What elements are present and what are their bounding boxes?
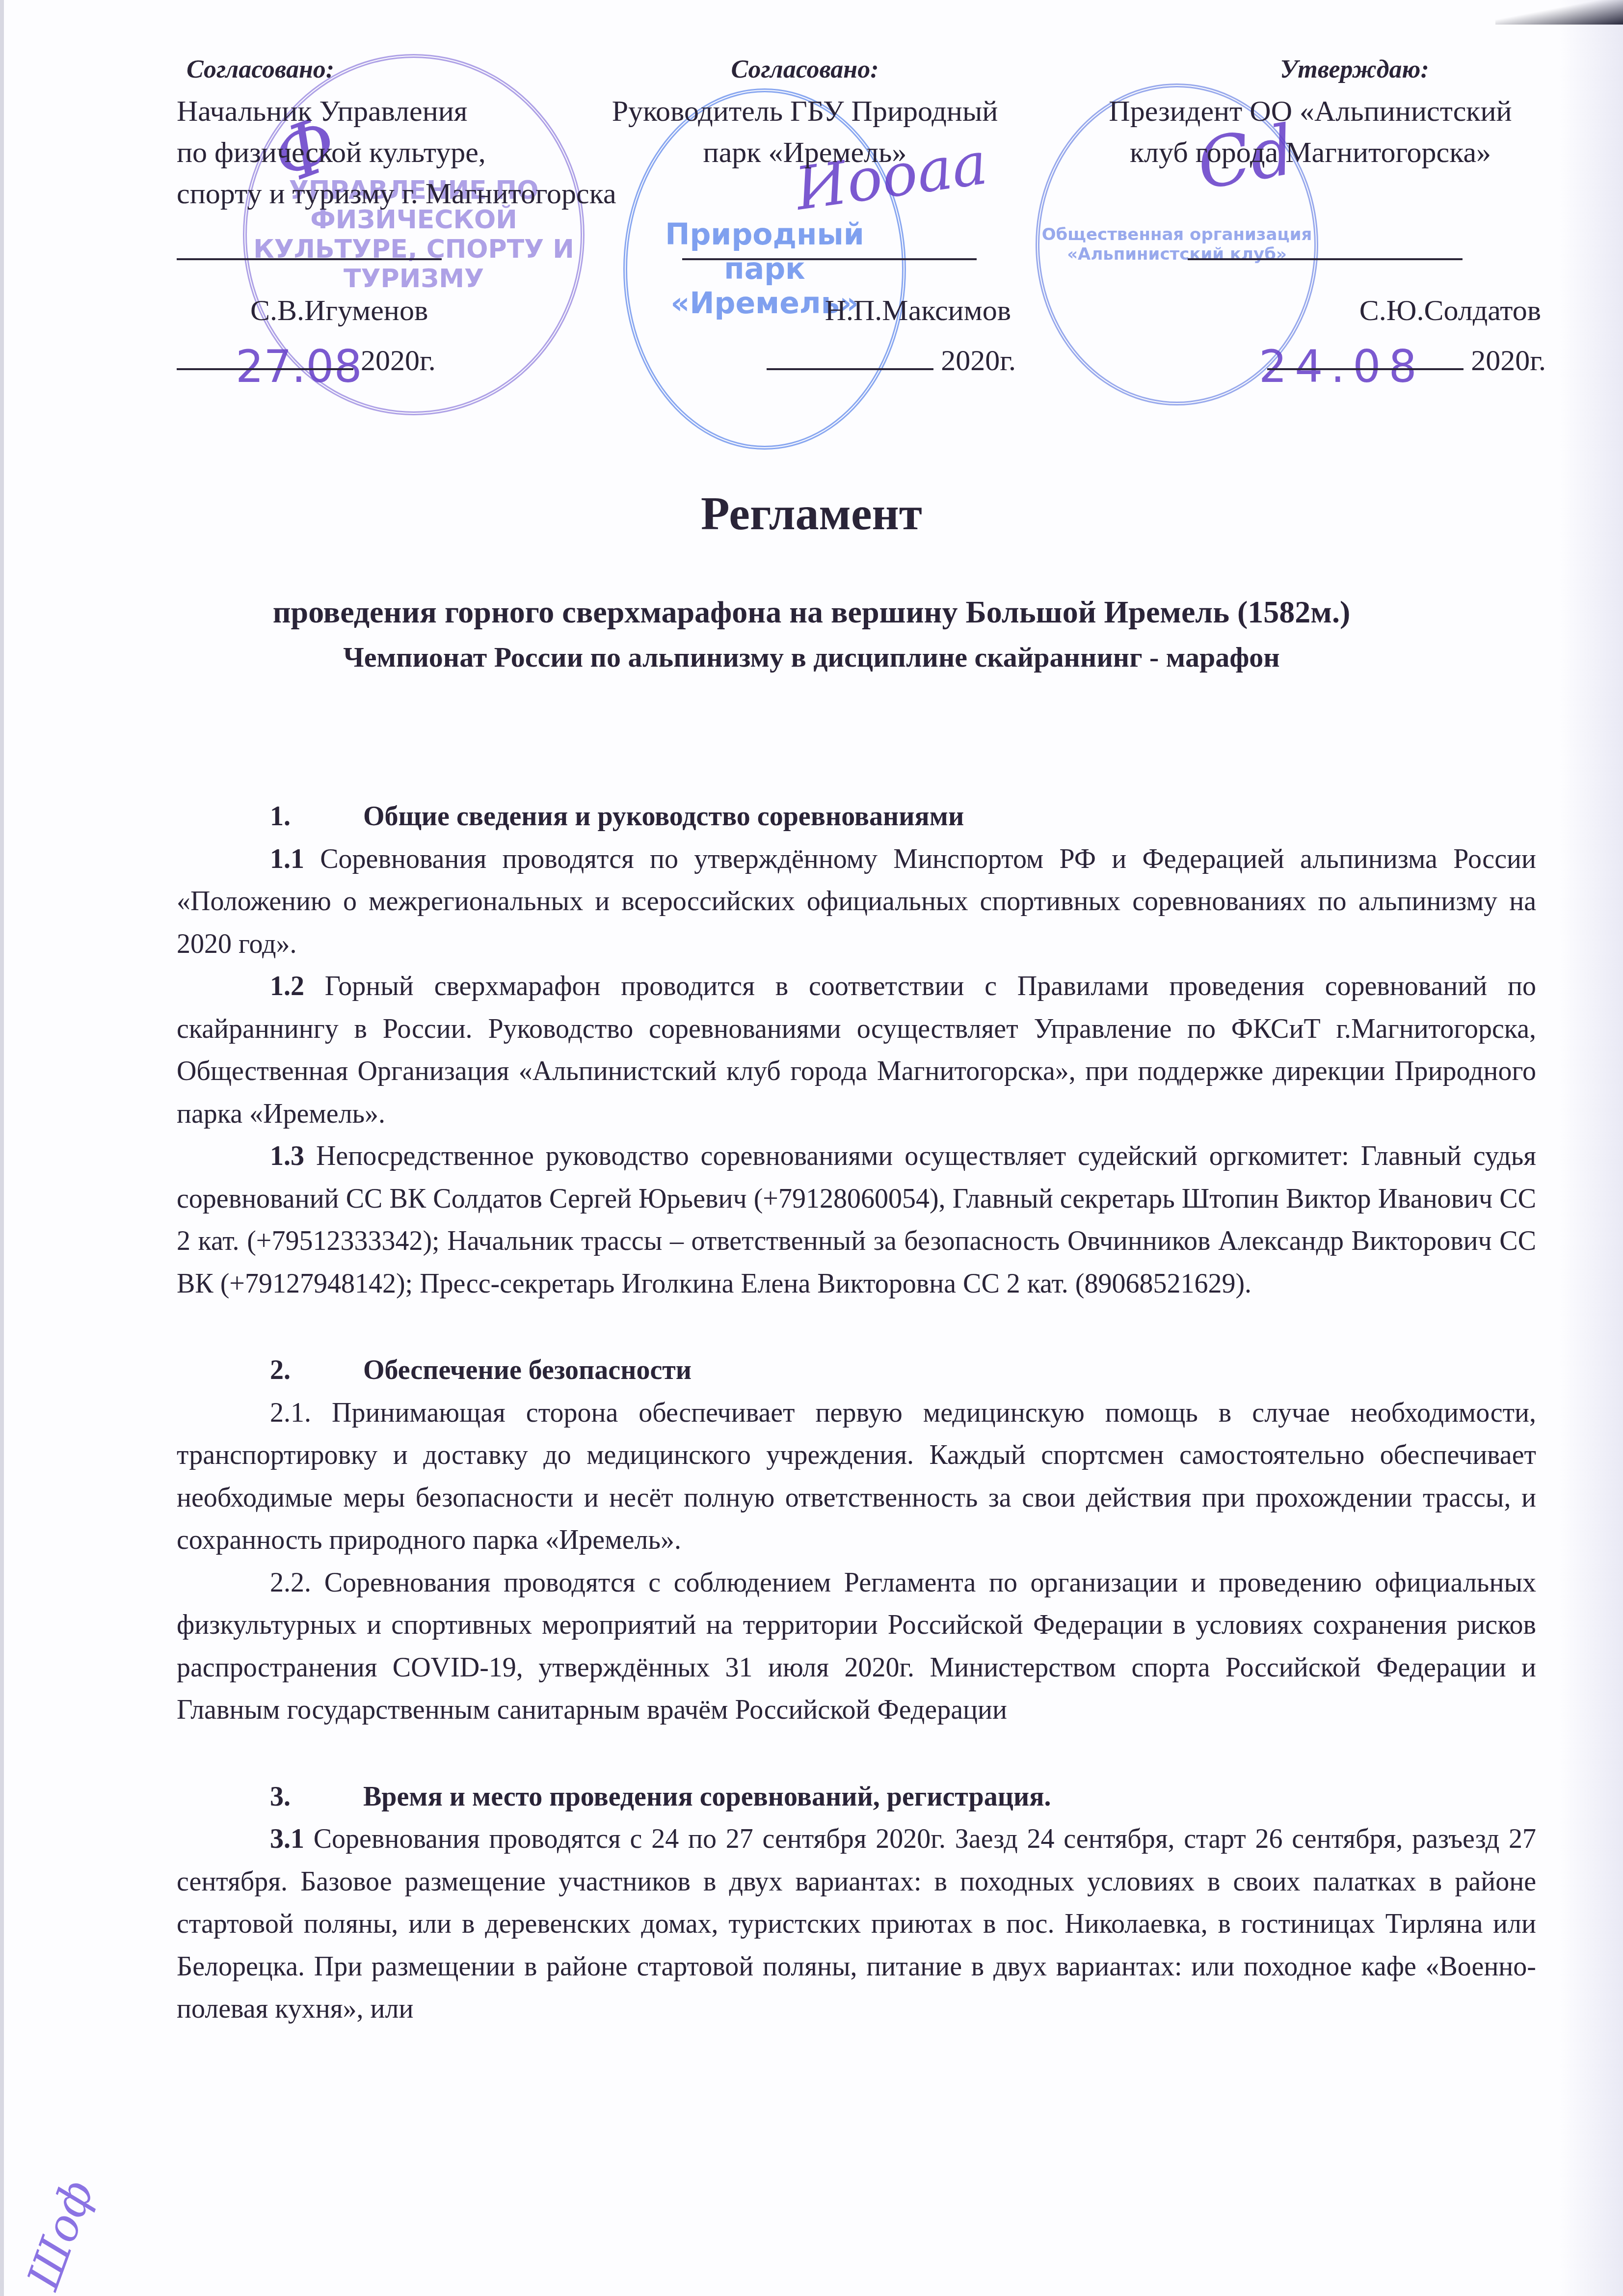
document-subtitle-championship: Чемпионат России по альпинизму в дисципл… [0,641,1623,674]
paragraph: 2.1. Принимающая сторона обеспечивает пе… [177,1392,1536,1562]
approval-role-line: Президент ОО «Альпинистский [1075,90,1546,132]
page-initials-signature: Шоф [17,2174,104,2296]
section-heading: 1.Общие сведения и руководство соревнова… [270,795,1536,838]
approval-role-line: клуб города Магнитогорска» [1075,132,1546,173]
signature-line [1188,214,1463,260]
approval-alpine-club: Утверждаю: Президент ОО «Альпинистский к… [1075,49,1546,381]
signature-line [177,214,442,260]
approver-name: С.Ю.Солдатов [1075,290,1546,331]
document-body: 1.Общие сведения и руководство соревнова… [177,795,1536,2030]
approval-block: Согласовано: Начальник Управления по физ… [0,49,1623,422]
paragraph: 2.2. Соревнования проводятся с соблюдени… [177,1562,1536,1731]
date-suffix: 2020г. [1471,344,1546,377]
approval-nature-park: Согласовано: Руководитель ГБУ Природный … [584,49,1026,381]
date-line [767,331,933,370]
date-suffix: 2020г. [941,344,1016,377]
paragraph: 1.1 Соревнования проводятся по утверждён… [177,838,1536,966]
document-title: Регламент [0,486,1623,540]
signature-line [682,214,977,260]
section-heading: 2.Обеспечение безопасности [270,1349,1536,1392]
date-line [1267,331,1463,370]
paragraph: 1.3 Непосредственное руководство соревно… [177,1135,1536,1305]
paragraph: 1.2 Горный сверхмарафон проводится в соо… [177,965,1536,1135]
paragraph: 3.1 Соревнования проводятся с 24 по 27 с… [177,1818,1536,2030]
date-line [177,331,353,370]
section-heading: 3.Время и место проведения соревнований,… [270,1776,1536,1818]
approval-role-line: Руководитель ГБУ Природный [584,90,1026,132]
date-suffix: 2020г. [361,344,436,377]
approver-name: Н.П.Максимов [584,290,1026,331]
approval-heading: Согласовано: [584,49,1026,90]
scan-corner-shadow [1495,0,1623,25]
approval-role-line: парк «Иремель» [584,132,1026,173]
document-subtitle: проведения горного сверхмарафона на верш… [0,594,1623,630]
approval-heading: Утверждаю: [1075,49,1546,90]
